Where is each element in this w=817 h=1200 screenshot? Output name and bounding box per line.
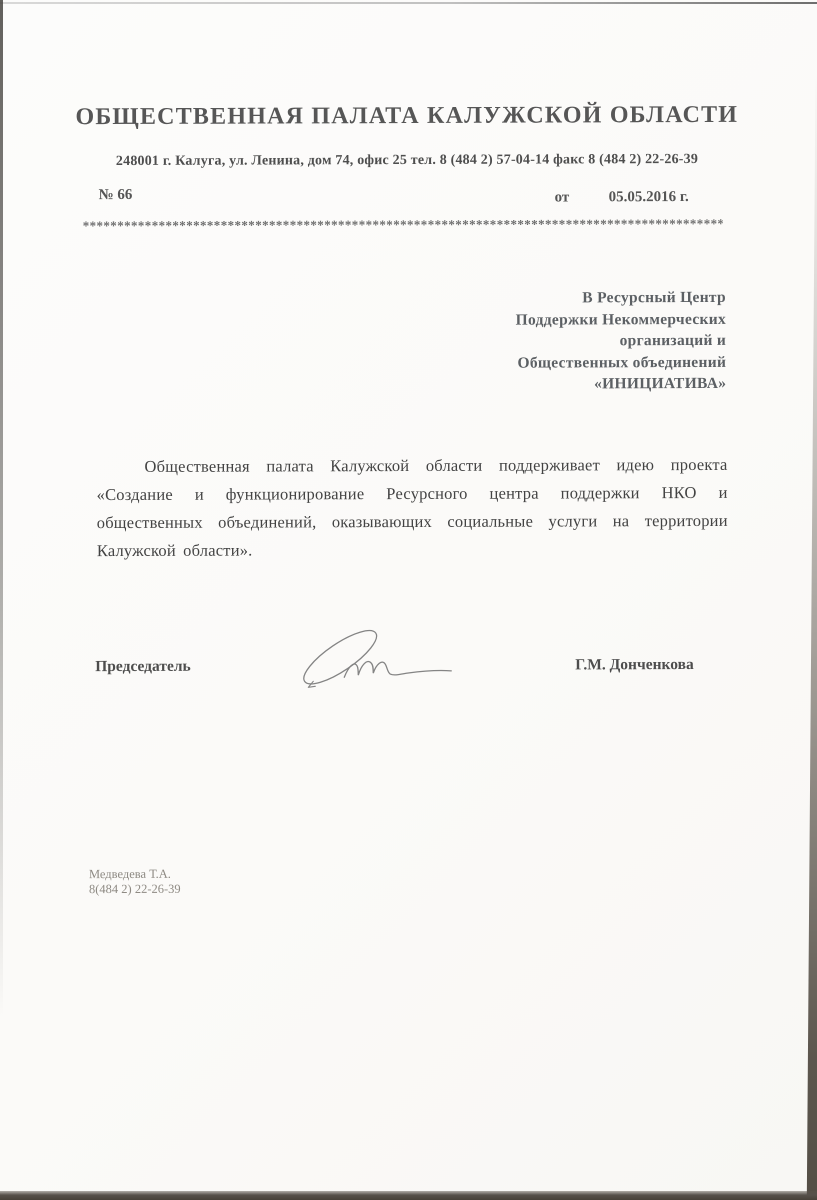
document-number: № 66 [99,187,133,204]
letterhead-address-line: 248001 г. Калуга, ул. Ленина, дом 74, оф… [0,152,815,171]
recipient-line: В Ресурсный Центр [386,287,726,310]
body-paragraph: Общественная палата Калужской области по… [96,451,727,565]
signer-name: Г.М. Донченкова [575,656,694,674]
executor-name: Медведева Т.А. [89,867,181,882]
scanned-letter-page: ОБЩЕСТВЕННАЯ ПАЛАТА КАЛУЖСКОЙ ОБЛАСТИ 24… [0,0,817,1200]
signer-position: Председатель [95,658,191,676]
asterisk-separator: ****************************************… [83,216,723,234]
letterhead-organization-title: ОБЩЕСТВЕННАЯ ПАЛАТА КАЛУЖСКОЙ ОБЛАСТИ [0,102,815,132]
recipient-line: Общественных объединений [386,351,726,374]
handwritten-signature-icon [295,617,463,710]
recipient-line: Поддержки Некоммерческих [386,308,726,331]
signature-row: Председатель Г.М. Донченкова [0,654,817,717]
recipient-block: В Ресурсный Центр Поддержки Некоммерческ… [386,287,726,396]
letter-content: ОБЩЕСТВЕННАЯ ПАЛАТА КАЛУЖСКОЙ ОБЛАСТИ 24… [0,0,817,1200]
recipient-line: организаций и [386,330,726,353]
executor-contact-block: Медведева Т.А. 8(484 2) 22-26-39 [89,867,181,897]
executor-phone: 8(484 2) 22-26-39 [89,882,181,897]
document-number-row: № 66 от 05.05.2016 г. [0,185,816,210]
document-date: 05.05.2016 г. [609,189,689,206]
date-preposition: от [555,189,570,206]
recipient-line: «ИНИЦИАТИВА» [386,373,726,396]
